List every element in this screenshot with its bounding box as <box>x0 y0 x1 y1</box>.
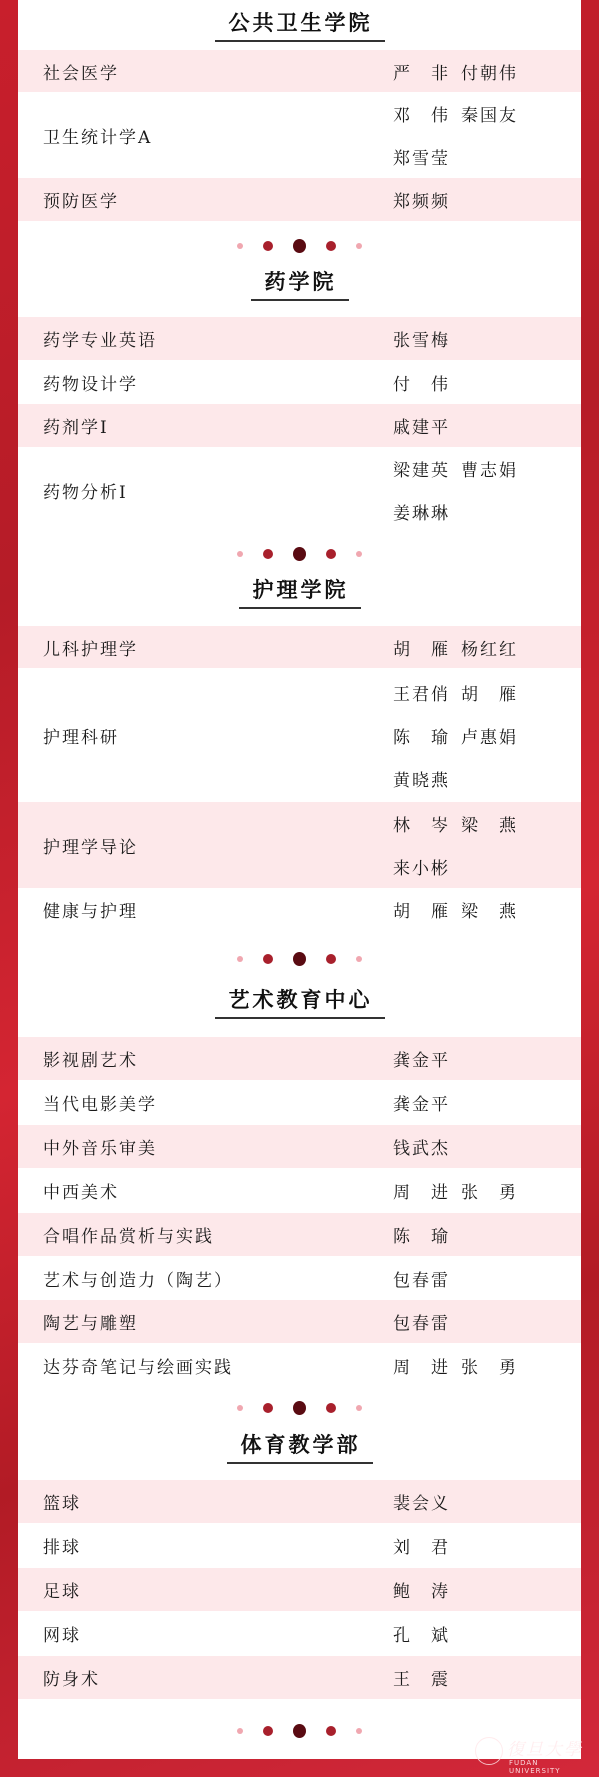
teacher-list: 郑频频 <box>393 178 563 221</box>
table-row: 中西美术 周 进张 勇 <box>18 1168 581 1213</box>
teacher-name: 林 岑 <box>393 811 461 836</box>
dot-icon <box>263 1403 273 1413</box>
teacher-list: 钱武杰 <box>393 1125 563 1168</box>
logo-chinese-name: 復旦大學 <box>507 1735 583 1760</box>
table-row: 中外音乐审美 钱武杰 <box>18 1125 581 1168</box>
dot-icon <box>356 1728 362 1734</box>
teacher-name: 卢惠娟 <box>461 723 529 748</box>
table-row: 护理学导论 林 岑梁 燕 来小彬 <box>18 802 581 888</box>
teacher-name: 包春雷 <box>393 1266 461 1291</box>
dot-icon <box>237 551 243 557</box>
teacher-name: 杨红红 <box>461 635 529 660</box>
table-row: 护理科研 王君俏胡 雁 陈 瑜卢惠娟 黄晓燕 <box>18 668 581 802</box>
dot-icon <box>263 241 273 251</box>
teacher-list: 林 岑梁 燕 来小彬 <box>393 802 563 888</box>
dots-divider <box>18 546 581 562</box>
course-name: 足球 <box>43 1577 81 1602</box>
teacher-name: 陈 瑜 <box>393 1222 461 1247</box>
table-row: 篮球 裴会义 <box>18 1480 581 1523</box>
table-row: 当代电影美学 龚金平 <box>18 1080 581 1125</box>
course-name: 影视剧艺术 <box>43 1046 138 1071</box>
teacher-list: 陈 瑜 <box>393 1213 563 1256</box>
course-name: 合唱作品赏析与实践 <box>43 1222 214 1247</box>
course-list-card: 公共卫生学院 社会医学 严 非付朝伟 卫生统计学A 邓 伟秦国友 郑雪莹 预防医… <box>18 0 581 1759</box>
course-name: 护理学导论 <box>43 833 138 858</box>
table-row: 预防医学 郑频频 <box>18 178 581 221</box>
table-row: 足球 鲍 涛 <box>18 1568 581 1611</box>
course-name: 药剂学I <box>43 413 109 438</box>
dot-icon <box>326 549 336 559</box>
dot-icon <box>263 954 273 964</box>
teacher-name: 胡 雁 <box>393 897 461 922</box>
teacher-list: 孔 斌 <box>393 1611 563 1656</box>
table-row: 药学专业英语 张雪梅 <box>18 317 581 360</box>
logo-english-name: FUDAN UNIVERSITY <box>509 1759 593 1775</box>
teacher-name: 秦国友 <box>461 101 529 126</box>
teacher-list: 鲍 涛 <box>393 1568 563 1611</box>
course-name: 卫生统计学A <box>43 123 152 148</box>
teacher-name: 张 勇 <box>461 1178 529 1203</box>
teacher-name: 周 进 <box>393 1178 461 1203</box>
teacher-name: 戚建平 <box>393 413 461 438</box>
course-name: 篮球 <box>43 1489 81 1514</box>
course-name: 健康与护理 <box>43 897 138 922</box>
teacher-name: 郑雪莹 <box>393 144 461 169</box>
teacher-list: 龚金平 <box>393 1037 563 1080</box>
teacher-name: 鲍 涛 <box>393 1577 461 1602</box>
teacher-name: 张雪梅 <box>393 326 461 351</box>
dot-icon <box>326 241 336 251</box>
dot-icon <box>237 1728 243 1734</box>
teacher-name: 张 勇 <box>461 1353 529 1378</box>
dot-icon <box>263 1726 273 1736</box>
table-row: 防身术 王 震 <box>18 1656 581 1699</box>
teacher-name: 胡 雁 <box>461 680 529 705</box>
teacher-name: 黄晓燕 <box>393 766 461 791</box>
course-name: 社会医学 <box>43 59 119 84</box>
dot-icon <box>356 1405 362 1411</box>
dots-divider <box>18 951 581 967</box>
teacher-list: 包春雷 <box>393 1256 563 1300</box>
teacher-list: 戚建平 <box>393 404 563 447</box>
teacher-list: 王 震 <box>393 1656 563 1699</box>
table-row: 健康与护理 胡 雁梁 燕 <box>18 888 581 931</box>
section-title-pharmacy: 药学院 <box>18 269 581 301</box>
teacher-list: 邓 伟秦国友 郑雪莹 <box>393 92 563 178</box>
teacher-name: 王君俏 <box>393 680 461 705</box>
table-row: 社会医学 严 非付朝伟 <box>18 50 581 92</box>
teacher-name: 陈 瑜 <box>393 723 461 748</box>
table-row: 卫生统计学A 邓 伟秦国友 郑雪莹 <box>18 92 581 178</box>
dot-icon <box>356 551 362 557</box>
course-name: 排球 <box>43 1533 81 1558</box>
table-row: 排球 刘 君 <box>18 1523 581 1568</box>
teacher-name: 梁 燕 <box>461 811 529 836</box>
course-name: 药物设计学 <box>43 370 138 395</box>
course-name: 陶艺与雕塑 <box>43 1309 138 1334</box>
teacher-list: 付 伟 <box>393 360 563 404</box>
teacher-name: 裴会义 <box>393 1489 461 1514</box>
teacher-name: 梁 燕 <box>461 897 529 922</box>
teacher-list: 严 非付朝伟 <box>393 50 563 92</box>
teacher-name: 孔 斌 <box>393 1621 461 1646</box>
dot-icon <box>356 243 362 249</box>
dot-icon <box>293 1724 306 1738</box>
teacher-name: 龚金平 <box>393 1090 461 1115</box>
teacher-list: 周 进张 勇 <box>393 1168 563 1213</box>
dot-icon <box>237 956 243 962</box>
course-name: 网球 <box>43 1621 81 1646</box>
teacher-list: 胡 雁杨红红 <box>393 626 563 668</box>
section-title-public-health: 公共卫生学院 <box>18 10 581 42</box>
course-name: 药学专业英语 <box>43 326 157 351</box>
dot-icon <box>326 1403 336 1413</box>
dot-icon <box>293 239 306 253</box>
course-name: 药物分析I <box>43 478 128 503</box>
teacher-name: 曹志娟 <box>461 456 529 481</box>
teacher-list: 胡 雁梁 燕 <box>393 888 563 931</box>
table-row: 艺术与创造力（陶艺） 包春雷 <box>18 1256 581 1300</box>
teacher-list: 刘 君 <box>393 1523 563 1568</box>
course-name: 儿科护理学 <box>43 635 138 660</box>
course-name: 中外音乐审美 <box>43 1134 157 1159</box>
course-name: 当代电影美学 <box>43 1090 157 1115</box>
dot-icon <box>237 1405 243 1411</box>
teacher-list: 张雪梅 <box>393 317 563 360</box>
teacher-name: 钱武杰 <box>393 1134 461 1159</box>
section-title-physical-education: 体育教学部 <box>18 1432 581 1464</box>
teacher-list: 裴会义 <box>393 1480 563 1523</box>
dots-divider <box>18 238 581 254</box>
teacher-name: 姜琳琳 <box>393 499 461 524</box>
teacher-list: 周 进张 勇 <box>393 1343 563 1387</box>
teacher-name: 胡 雁 <box>393 635 461 660</box>
teacher-name: 来小彬 <box>393 854 461 879</box>
course-name: 预防医学 <box>43 187 119 212</box>
university-seal-icon <box>475 1737 503 1765</box>
dot-icon <box>293 547 306 561</box>
teacher-name: 付朝伟 <box>461 59 529 84</box>
teacher-name: 郑频频 <box>393 187 461 212</box>
table-row: 药物分析I 梁建英曹志娟 姜琳琳 <box>18 447 581 533</box>
teacher-name: 龚金平 <box>393 1046 461 1071</box>
teacher-name: 付 伟 <box>393 370 461 395</box>
section-title-art-education: 艺术教育中心 <box>18 987 581 1019</box>
teacher-name: 梁建英 <box>393 456 461 481</box>
teacher-name: 王 震 <box>393 1665 461 1690</box>
table-row: 网球 孔 斌 <box>18 1611 581 1656</box>
dot-icon <box>356 956 362 962</box>
dot-icon <box>326 1726 336 1736</box>
dot-icon <box>326 954 336 964</box>
course-name: 中西美术 <box>43 1178 119 1203</box>
teacher-list: 龚金平 <box>393 1080 563 1125</box>
course-name: 护理科研 <box>43 723 119 748</box>
fudan-university-logo: 復旦大學 FUDAN UNIVERSITY <box>475 1733 593 1773</box>
dot-icon <box>263 549 273 559</box>
table-row: 药物设计学 付 伟 <box>18 360 581 404</box>
dot-icon <box>237 243 243 249</box>
table-row: 陶艺与雕塑 包春雷 <box>18 1300 581 1343</box>
course-name: 达芬奇笔记与绘画实践 <box>43 1353 233 1378</box>
teacher-list: 梁建英曹志娟 姜琳琳 <box>393 447 563 533</box>
table-row: 影视剧艺术 龚金平 <box>18 1037 581 1080</box>
table-row: 药剂学I 戚建平 <box>18 404 581 447</box>
table-row: 达芬奇笔记与绘画实践 周 进张 勇 <box>18 1343 581 1387</box>
table-row: 儿科护理学 胡 雁杨红红 <box>18 626 581 668</box>
teacher-name: 严 非 <box>393 59 461 84</box>
dot-icon <box>293 952 306 966</box>
dots-divider <box>18 1400 581 1416</box>
teacher-name: 刘 君 <box>393 1533 461 1558</box>
dot-icon <box>293 1401 306 1415</box>
teacher-name: 包春雷 <box>393 1309 461 1334</box>
teacher-name: 周 进 <box>393 1353 461 1378</box>
teacher-list: 包春雷 <box>393 1300 563 1343</box>
teacher-name: 邓 伟 <box>393 101 461 126</box>
table-row: 合唱作品赏析与实践 陈 瑜 <box>18 1213 581 1256</box>
course-name: 艺术与创造力（陶艺） <box>43 1266 233 1291</box>
course-name: 防身术 <box>43 1665 100 1690</box>
teacher-list: 王君俏胡 雁 陈 瑜卢惠娟 黄晓燕 <box>393 671 563 800</box>
section-title-nursing: 护理学院 <box>18 577 581 609</box>
